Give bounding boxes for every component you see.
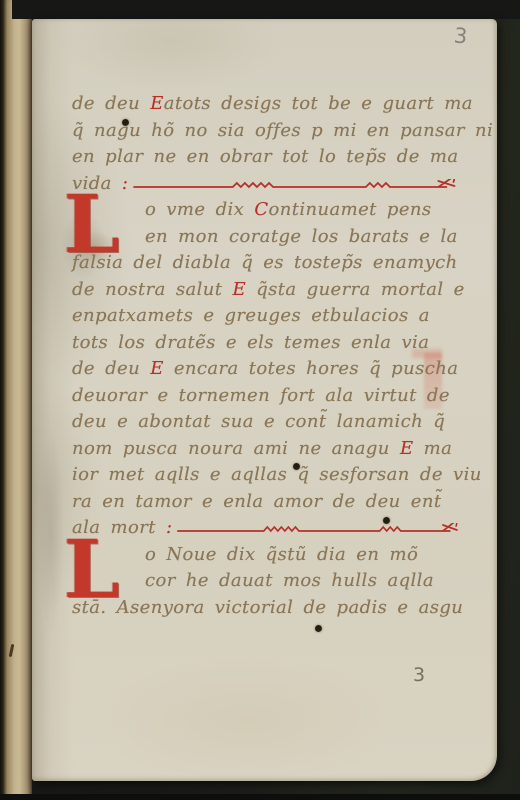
- manuscript-line: en plar ne en obrar tot lo tep̃s de ma: [72, 146, 475, 173]
- ink-text: nom pusca noura ami ne anagu: [72, 438, 400, 459]
- rubric-text: C: [254, 199, 268, 220]
- ink-text: de deu: [72, 93, 150, 114]
- background-bottom: [0, 794, 520, 800]
- rubric-text: :: [166, 517, 172, 538]
- ink-text: ma: [413, 438, 452, 459]
- illuminated-initial: L: [60, 194, 124, 254]
- ink-text: o vme dix: [145, 199, 254, 220]
- manuscript-line: deu e abontat sua e cont̃ lanamich q̃: [72, 411, 475, 438]
- ink-text: de deu: [72, 358, 150, 379]
- manuscript-paragraph: Lo vme dix Continuamet pensen mon coratg…: [72, 199, 475, 544]
- rubric-text: E: [150, 358, 164, 379]
- manuscript-line: de deu Eatots desigs tot be e guart ma: [72, 93, 475, 120]
- rubric-text: E: [400, 438, 414, 459]
- manuscript-line: tots los dratẽs e els temes enla via: [72, 332, 475, 359]
- manuscript-line: ala mort :: [72, 517, 475, 544]
- manuscript-lines: de deu Eatots desigs tot be e guart maq̃…: [72, 93, 475, 199]
- manuscript-line: de nostra salut E q̃sta guerra mortal e: [72, 279, 475, 306]
- manuscript-line: cor he dauat mos hulls aqlla: [145, 570, 475, 597]
- ink-text: ra en tamor e enla amor de deu ent̃: [72, 491, 441, 512]
- manuscript-line: en mon coratge los barats e la: [145, 226, 475, 253]
- stain: [38, 429, 64, 639]
- manuscript-line: o Noue dix q̃stũ dia en mõ: [145, 544, 475, 571]
- ink-text: cor he dauat mos hulls aqlla: [145, 570, 434, 591]
- manuscript-text-block: de deu Eatots desigs tot be e guart maq̃…: [72, 93, 475, 623]
- ink-text: de nostra salut: [72, 279, 233, 300]
- ink-text: q̃sta guerra mortal e: [246, 279, 465, 300]
- manuscript-line: deuorar e tornemen fort ala virtut de: [72, 385, 475, 412]
- manuscript-paragraph: Lo Noue dix q̃stũ dia en mõcor he dauat …: [72, 544, 475, 624]
- manuscript-line: falsia del diabla q̃ es tostep̃s enamych: [72, 252, 475, 279]
- manuscript-photo: 3 3 de deu Eatots desigs tot be e guart …: [0, 0, 520, 800]
- ink-text: falsia del diabla q̃ es tostep̃s enamych: [72, 252, 458, 273]
- ink-text: deu e abontat sua e cont̃ lanamich q̃: [72, 411, 445, 432]
- folio-number-top: 3: [452, 23, 468, 48]
- ink-text: ontinuamet pens: [269, 199, 432, 220]
- book-binding-gutter: [0, 0, 32, 796]
- ink-text: o Noue dix q̃stũ dia en mõ: [145, 544, 418, 565]
- ink-text: en mon coratge los barats e la: [145, 226, 458, 247]
- manuscript-line: q̃ nagu hõ no sia offes p mi en pansar n…: [72, 120, 475, 147]
- manuscript-line: vida :: [72, 173, 475, 200]
- manuscript-line: stā. Asenyora victorial de padis e asgu: [72, 597, 475, 624]
- background-top: [12, 0, 520, 19]
- ink-text: enpatxamets e greuges etbulacios a: [72, 305, 430, 326]
- manuscript-line: ior met aqlls e aqllas q̃ sesforsan de v…: [72, 464, 475, 491]
- ink-text: tots los dratẽs e els temes enla via: [72, 332, 429, 353]
- ink-text: atots desigs tot be e guart ma: [164, 93, 473, 114]
- rubric-flourish-line: [132, 179, 475, 193]
- manuscript-line: o vme dix Continuamet pens: [145, 199, 475, 226]
- folio-number-bottom: 3: [413, 664, 425, 686]
- ink-text: ior met aqlls e aqllas q̃ sesforsan de v…: [72, 464, 482, 485]
- illuminated-initial: L: [60, 539, 124, 599]
- parchment-page: 3 3 de deu Eatots desigs tot be e guart …: [32, 19, 497, 781]
- ink-text: en plar ne en obrar tot lo tep̃s de ma: [72, 146, 458, 167]
- ink-text: encara totes hores q̃ puscha: [164, 358, 459, 379]
- manuscript-line: de deu E encara totes hores q̃ puscha: [72, 358, 475, 385]
- ink-text: q̃ nagu hõ no sia offes p mi en pansar n…: [72, 120, 493, 141]
- wormhole-dot: [315, 625, 322, 632]
- manuscript-line: nom pusca noura ami ne anagu E ma: [72, 438, 475, 465]
- manuscript-line: enpatxamets e greuges etbulacios a: [72, 305, 475, 332]
- rubric-flourish-line: [176, 523, 475, 537]
- ink-text: stā. Asenyora victorial de padis e asgu: [72, 597, 463, 618]
- ink-text: deuorar e tornemen fort ala virtut de: [72, 385, 450, 406]
- rubric-text: :: [122, 173, 128, 194]
- ink-mark: [9, 644, 15, 657]
- rubric-text: E: [150, 93, 164, 114]
- manuscript-line: ra en tamor e enla amor de deu ent̃: [72, 491, 475, 518]
- rubric-text: E: [233, 279, 247, 300]
